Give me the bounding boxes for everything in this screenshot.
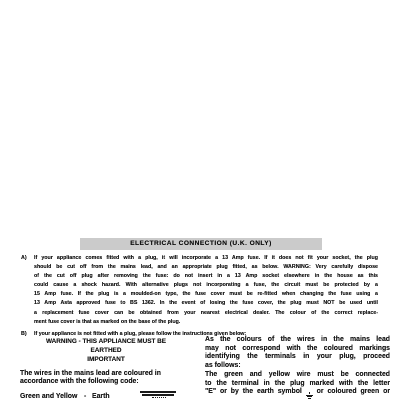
- paragraph-a-line: could cause a shock hazard. With alterna…: [34, 281, 378, 290]
- right-column-line: may not correspond with the coloured mar…: [205, 345, 390, 354]
- scanned-manual-page: ELECTRICAL CONNECTION (U.K. ONLY) A) If …: [0, 0, 400, 400]
- section-header-bar: ELECTRICAL CONNECTION (U.K. ONLY): [80, 238, 322, 250]
- earth-symbol-bar: [140, 391, 176, 393]
- earth-symbol-icon: [306, 392, 313, 399]
- list-marker-a: A): [21, 254, 27, 263]
- wire-colour-value: Earth: [92, 393, 110, 400]
- right-column-line-text: "E" or by the earth symbol: [205, 388, 302, 395]
- right-column-paragraph-1: As the colours of the wires in the mains…: [205, 336, 390, 370]
- paragraph-a-line: 15 Amp fuse. If the plug is a moulded-on…: [34, 290, 378, 299]
- wire-colour-separator: -: [84, 393, 86, 400]
- paragraph-a-line: a replacement fuse cover can be obtained…: [34, 309, 378, 318]
- right-column-line: As the colours of the wires in the mains…: [205, 336, 390, 345]
- paragraph-a-line: 13 Amp Asta approved fuse to BS 1362. In…: [34, 299, 378, 308]
- paragraph-a-line: If your appliance comes fitted with a pl…: [34, 254, 378, 263]
- right-column-line: as follows:: [205, 362, 390, 371]
- left-column-body-line: accordance with the following code:: [20, 378, 192, 385]
- paragraph-a-line: ment fuse cover is that as marked on the…: [34, 318, 378, 327]
- section-title: ELECTRICAL CONNECTION (U.K. ONLY): [130, 240, 272, 247]
- right-column-line: The green and yellow wire must be connec…: [205, 371, 390, 380]
- earth-symbol-bar: [152, 397, 166, 398]
- right-column-line: "E" or by the earth symbol or coloured g…: [205, 388, 390, 399]
- left-column-body-line: The wires in the mains lead are coloured…: [20, 370, 192, 377]
- paragraph-a-line: of the cut off plug after removing the f…: [34, 272, 378, 281]
- paragraph-a-line: should be cut off from the mains lead, a…: [34, 263, 378, 272]
- important-heading: IMPORTANT: [21, 357, 191, 364]
- right-column-line: identifying the terminals in your plug, …: [205, 353, 390, 362]
- earth-symbol-bar: [142, 394, 174, 396]
- right-column-line-text: or coloured green or: [317, 388, 390, 395]
- warning-heading-line2: EARTHED: [21, 348, 191, 355]
- wire-colour-label: Green and Yellow: [20, 393, 77, 400]
- right-column-line: to the terminal in the plug marked with …: [205, 380, 390, 389]
- warning-heading-line1: WARNING - THIS APPLIANCE MUST BE: [21, 339, 191, 346]
- list-marker-b: B): [21, 331, 27, 337]
- right-column-paragraph-2: The green and yellow wire must be connec…: [205, 371, 390, 399]
- paragraph-a: If your appliance comes fitted with a pl…: [34, 254, 378, 327]
